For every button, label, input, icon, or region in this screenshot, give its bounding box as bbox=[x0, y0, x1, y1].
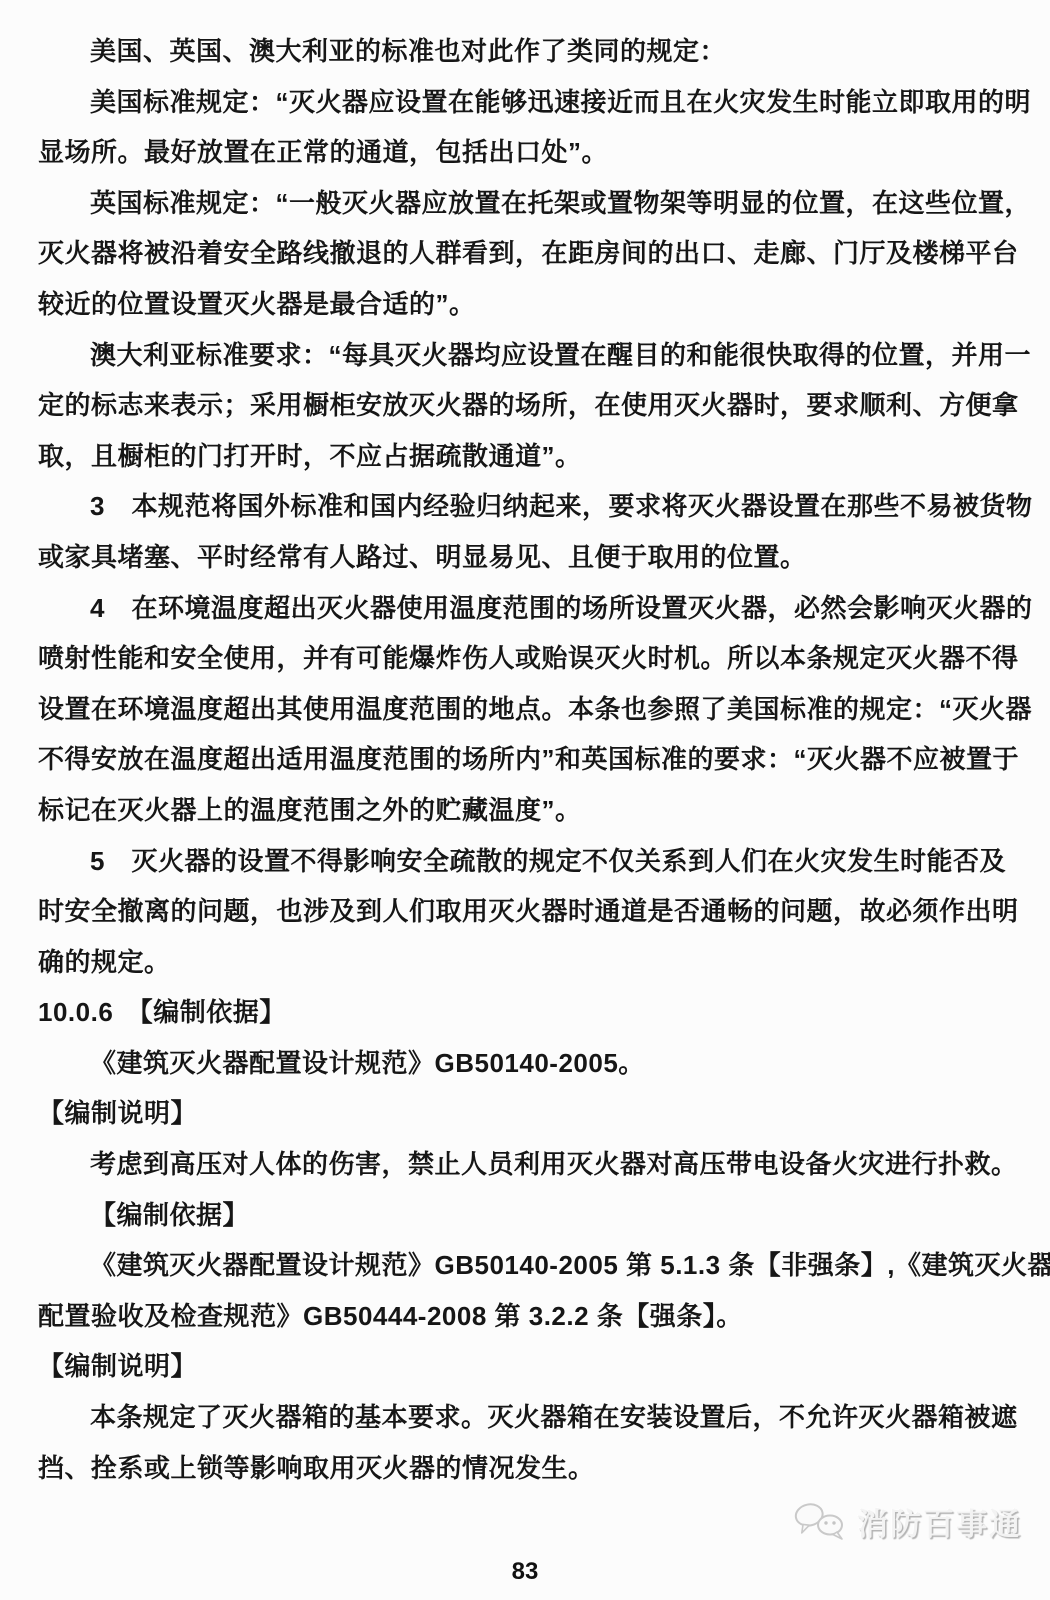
text-line: 4 在环境温度超出灭火器使用温度范围的场所设置灭火器，必然会影响灭火器的 bbox=[38, 583, 1014, 634]
text-line: 美国、英国、澳大利亚的标准也对此作了类同的规定： bbox=[38, 26, 1014, 77]
text-line: 【编制说明】 bbox=[38, 1088, 1014, 1139]
text-line: 考虑到高压对人体的伤害，禁止人员利用灭火器对高压带电设备火灾进行扑救。 bbox=[38, 1139, 1014, 1190]
text-line: 3 本规范将国外标准和国内经验归纳起来，要求将灭火器设置在那些不易被货物 bbox=[38, 481, 1014, 532]
text-line: 标记在灭火器上的温度范围之外的贮藏温度”。 bbox=[38, 785, 1014, 836]
text-line: 显场所。最好放置在正常的通道，包括出口处”。 bbox=[38, 127, 1014, 178]
text-line: 10.0.6 【编制依据】 bbox=[38, 987, 1014, 1038]
page-number: 83 bbox=[512, 1558, 539, 1585]
text-line: 5 灭火器的设置不得影响安全疏散的规定不仅关系到人们在火灾发生时能否及 bbox=[38, 836, 1014, 887]
text-line: 本条规定了灭火器箱的基本要求。灭火器箱在安装设置后，不允许灭火器箱被遮 bbox=[38, 1392, 1014, 1443]
text-line: 较近的位置设置灭火器是最合适的”。 bbox=[38, 279, 1014, 330]
text-line: 《建筑灭火器配置设计规范》GB50140-2005 第 5.1.3 条【非强条】… bbox=[38, 1240, 1014, 1291]
text-line: 《建筑灭火器配置设计规范》GB50140-2005。 bbox=[38, 1038, 1014, 1089]
text-line: 不得安放在温度超出适用温度范围的场所内”和英国标准的要求：“灭火器不应被置于 bbox=[38, 734, 1014, 785]
document-body: 美国、英国、澳大利亚的标准也对此作了类同的规定：美国标准规定：“灭火器应设置在能… bbox=[38, 26, 1014, 1493]
text-line: 设置在环境温度超出其使用温度范围的地点。本条也参照了美国标准的规定：“灭火器 bbox=[38, 684, 1014, 735]
document-page: 美国、英国、澳大利亚的标准也对此作了类同的规定：美国标准规定：“灭火器应设置在能… bbox=[0, 0, 1050, 1600]
watermark-label: 消防百事通 bbox=[857, 1499, 1022, 1544]
text-line: 定的标志来表示；采用橱柜安放灭火器的场所，在使用灭火器时，要求顺利、方便拿 bbox=[38, 380, 1014, 431]
text-line: 美国标准规定：“灭火器应设置在能够迅速接近而且在火灾发生时能立即取用的明 bbox=[38, 77, 1014, 128]
text-line: 灭火器将被沿着安全路线撤退的人群看到，在距房间的出口、走廊、门厅及楼梯平台 bbox=[38, 228, 1014, 279]
text-line: 确的规定。 bbox=[38, 937, 1014, 988]
text-line: 喷射性能和安全使用，并有可能爆炸伤人或贻误灭火时机。所以本条规定灭火器不得 bbox=[38, 633, 1014, 684]
text-line: 时安全撤离的问题，也涉及到人们取用灭火器时通道是否通畅的问题，故必须作出明 bbox=[38, 886, 1014, 937]
text-line: 取，且橱柜的门打开时，不应占据疏散通道”。 bbox=[38, 431, 1014, 482]
text-line: 【编制说明】 bbox=[38, 1341, 1014, 1392]
text-line: 或家具堵塞、平时经常有人路过、明显易见、且便于取用的位置。 bbox=[38, 532, 1014, 583]
watermark: 消防百事通 bbox=[793, 1498, 1022, 1544]
text-line: 配置验收及检查规范》GB50444-2008 第 3.2.2 条【强条】。 bbox=[38, 1291, 1014, 1342]
text-line: 英国标准规定：“一般灭火器应放置在托架或置物架等明显的位置，在这些位置， bbox=[38, 178, 1014, 229]
text-line: 【编制依据】 bbox=[38, 1190, 1014, 1241]
page-footer: 83 bbox=[0, 1558, 1050, 1586]
text-line: 挡、拴系或上锁等影响取用灭火器的情况发生。 bbox=[38, 1443, 1014, 1494]
text-line: 澳大利亚标准要求：“每具灭火器均应设置在醒目的和能很快取得的位置，并用一 bbox=[38, 330, 1014, 381]
wechat-icon bbox=[793, 1498, 849, 1544]
